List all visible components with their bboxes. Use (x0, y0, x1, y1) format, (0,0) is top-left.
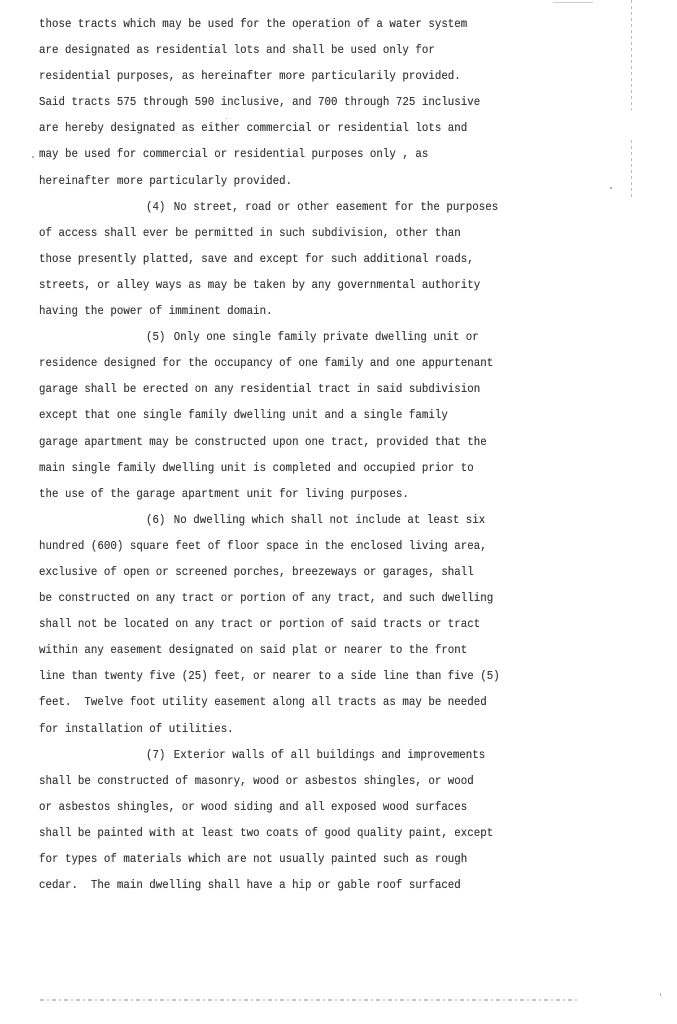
text-line: hundred (600) square feet of floor space… (39, 534, 560, 560)
line-text: of access shall ever be permitted in suc… (39, 227, 461, 240)
line-text: main single family dwelling unit is comp… (39, 462, 474, 475)
scan-artifact-bottom-line (40, 999, 580, 1001)
line-text: for installation of utilities. (39, 723, 234, 736)
line-text: streets, or alley ways as may be taken b… (39, 279, 480, 292)
line-text: Said tracts 575 through 590 inclusive, a… (39, 96, 480, 109)
line-text: may be used for commercial or residentia… (39, 148, 428, 161)
line-text: shall not be located on any tract or por… (39, 618, 480, 631)
text-line: for types of materials which are not usu… (39, 847, 560, 873)
line-text: are designated as residential lots and s… (39, 44, 435, 57)
text-line: the use of the garage apartment unit for… (39, 482, 560, 508)
line-text: or asbestos shingles, or wood siding and… (39, 801, 467, 814)
text-line: except that one single family dwelling u… (39, 403, 560, 429)
text-line: shall not be located on any tract or por… (39, 612, 560, 638)
paragraph-start-line: (4)No street, road or other easement for… (39, 195, 560, 221)
text-line: those tracts which may be used for the o… (39, 12, 560, 38)
line-text: cedar. The main dwelling shall have a hi… (39, 879, 461, 892)
text-line: are designated as residential lots and s… (39, 38, 560, 64)
paragraph-start-line: (5)Only one single family private dwelli… (39, 325, 560, 351)
text-line: those presently platted, save and except… (39, 247, 560, 273)
line-text: Only one single family private dwelling … (174, 331, 479, 344)
text-line: garage apartment may be constructed upon… (39, 430, 560, 456)
text-line: are hereby designated as either commerci… (39, 116, 560, 142)
line-text: garage shall be erected on any residenti… (39, 383, 480, 396)
scanned-document-page: those tracts which may be used for the o… (0, 0, 677, 1024)
text-line: streets, or alley ways as may be taken b… (39, 273, 560, 299)
text-line: shall be constructed of masonry, wood or… (39, 769, 560, 795)
line-text: feet. Twelve foot utility easement along… (39, 696, 487, 709)
scan-speck (226, 118, 227, 119)
line-text: hundred (600) square feet of floor space… (39, 540, 487, 553)
scan-speck (610, 187, 612, 189)
line-text: shall be painted with at least two coats… (39, 827, 493, 840)
line-text: shall be constructed of masonry, wood or… (39, 775, 474, 788)
text-line: residential purposes, as hereinafter mor… (39, 64, 560, 90)
text-line: Said tracts 575 through 590 inclusive, a… (39, 90, 560, 116)
line-text: those tracts which may be used for the o… (39, 18, 467, 31)
line-text: except that one single family dwelling u… (39, 409, 448, 422)
paragraph-start-line: (7)Exterior walls of all buildings and i… (39, 743, 560, 769)
text-line: may be used for commercial or residentia… (39, 142, 560, 168)
line-text: the use of the garage apartment unit for… (39, 488, 409, 501)
line-text: Exterior walls of all buildings and impr… (174, 749, 485, 762)
line-text: be constructed on any tract or portion o… (39, 592, 493, 605)
line-text: those presently platted, save and except… (39, 253, 474, 266)
scan-artifact-margin-line (631, 0, 632, 110)
text-line: line than twenty five (25) feet, or near… (39, 664, 560, 690)
line-text: are hereby designated as either commerci… (39, 122, 467, 135)
text-line: main single family dwelling unit is comp… (39, 456, 560, 482)
text-line: be constructed on any tract or portion o… (39, 586, 560, 612)
text-line: residence designed for the occupancy of … (39, 351, 560, 377)
paragraph-number: (6) (146, 514, 165, 527)
line-text: having the power of imminent domain. (39, 305, 273, 318)
scan-speck (32, 156, 34, 158)
paragraph-number: (5) (146, 331, 165, 344)
paragraph-start-line: (6)No dwelling which shall not include a… (39, 508, 560, 534)
line-text: exclusive of open or screened porches, b… (39, 566, 474, 579)
text-line: of access shall ever be permitted in suc… (39, 221, 560, 247)
text-line: within any easement designated on said p… (39, 638, 560, 664)
paragraph-number: (4) (146, 201, 165, 214)
text-line: garage shall be erected on any residenti… (39, 377, 560, 403)
text-line: shall be painted with at least two coats… (39, 821, 560, 847)
line-text: residence designed for the occupancy of … (39, 357, 493, 370)
text-line: cedar. The main dwelling shall have a hi… (39, 873, 560, 899)
text-line: for installation of utilities. (39, 717, 560, 743)
text-line: exclusive of open or screened porches, b… (39, 560, 560, 586)
text-line: feet. Twelve foot utility easement along… (39, 690, 560, 716)
line-text: residential purposes, as hereinafter mor… (39, 70, 461, 83)
line-text: No dwelling which shall not include at l… (174, 514, 485, 527)
line-text: hereinafter more particularly provided. (39, 175, 292, 188)
text-line: hereinafter more particularly provided. (39, 169, 560, 195)
line-text: line than twenty five (25) feet, or near… (39, 670, 500, 683)
scan-artifact-margin-line (631, 140, 632, 200)
paragraph-number: (7) (146, 749, 165, 762)
scan-artifact-top-rule (553, 2, 593, 3)
text-line: having the power of imminent domain. (39, 299, 560, 325)
document-body-text: those tracts which may be used for the o… (39, 12, 599, 899)
line-text: for types of materials which are not usu… (39, 853, 467, 866)
text-line: or asbestos shingles, or wood siding and… (39, 795, 560, 821)
line-text: garage apartment may be constructed upon… (39, 436, 487, 449)
scan-speck (660, 993, 661, 996)
line-text: No street, road or other easement for th… (174, 201, 498, 214)
line-text: within any easement designated on said p… (39, 644, 467, 657)
